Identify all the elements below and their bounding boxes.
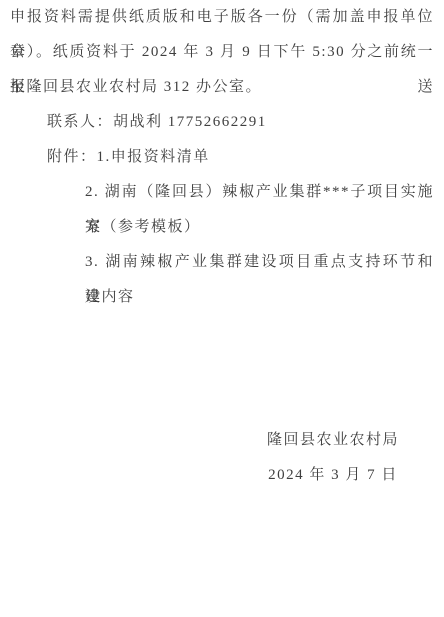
attachment-line-2: 2. 湖南（隆回县）辣椒产业集群***子项目实施方 bbox=[10, 175, 434, 210]
document-page: 申报资料需提供纸质版和电子版各一份（需加盖申报单位公 章）。纸质资料于 2024… bbox=[0, 0, 444, 617]
attachment-line-1: 附件：1.申报资料清单 bbox=[10, 140, 434, 175]
contact-line: 联系人：胡战利 17752662291 bbox=[10, 105, 434, 140]
document-body: 申报资料需提供纸质版和电子版各一份（需加盖申报单位公 章）。纸质资料于 2024… bbox=[0, 0, 444, 493]
signature-block: 隆回县农业农村局 2024 年 3 月 7 日 bbox=[258, 423, 408, 493]
signature-date: 2024 年 3 月 7 日 bbox=[258, 458, 408, 493]
attachment-line-3-cont: 设内容 bbox=[10, 280, 434, 315]
attachment-line-3: 3. 湖南辣椒产业集群建设项目重点支持环节和建 bbox=[10, 245, 434, 280]
body-line-2: 章）。纸质资料于 2024 年 3 月 9 日下午 5:30 分之前统一报送 bbox=[10, 35, 434, 70]
attachment-line-2-cont: 案（参考模板） bbox=[10, 210, 434, 245]
signature-agency: 隆回县农业农村局 bbox=[258, 423, 408, 458]
body-line-1: 申报资料需提供纸质版和电子版各一份（需加盖申报单位公 bbox=[10, 0, 434, 35]
